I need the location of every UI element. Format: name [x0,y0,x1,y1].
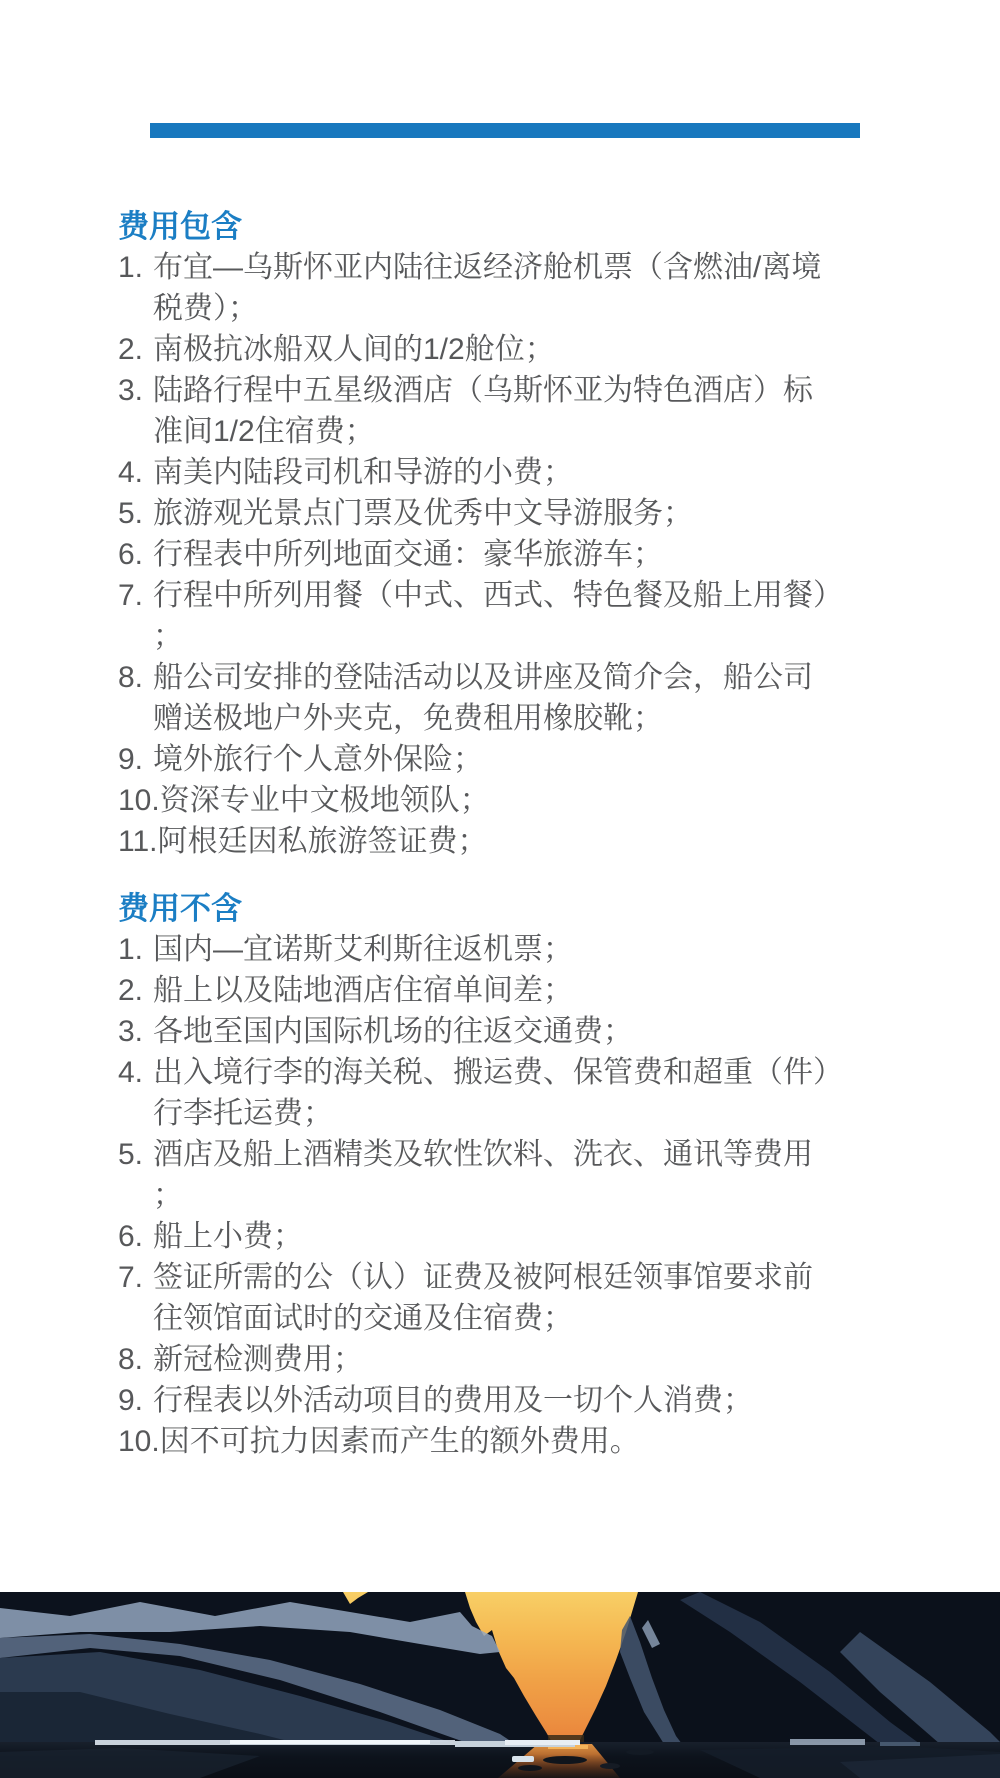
item-text: 国内—宜诺斯艾利斯往返机票； [153,929,838,970]
item-number: 6. [118,534,153,575]
item-text: 各地至国内国际机场的往返交通费； [153,1011,838,1052]
item-text: 旅游观光景点门票及优秀中文导游服务； [153,493,838,534]
item-text: 南美内陆段司机和导游的小费； [153,452,838,493]
included-list: 1.布宜—乌斯怀亚内陆往返经济舱机票（含燃油/离境税费）；2.南极抗冰船双人间的… [118,247,850,862]
list-item: 9.行程表以外活动项目的费用及一切个人消费； [118,1380,850,1421]
excluded-list: 1.国内—宜诺斯艾利斯往返机票；2.船上以及陆地酒店住宿单间差；3.各地至国内国… [118,929,850,1462]
brochure-page: 费用包含 1.布宜—乌斯怀亚内陆往返经济舱机票（含燃油/离境税费）；2.南极抗冰… [0,0,1000,1778]
list-item: 11.阿根廷因私旅游签证费； [118,821,850,862]
item-number: 3. [118,1011,153,1052]
item-number: 8. [118,657,153,698]
section-heading-included: 费用包含 [118,206,850,247]
list-item: 10.因不可抗力因素而产生的额外费用。 [118,1421,850,1462]
section-costs-included: 费用包含 1.布宜—乌斯怀亚内陆往返经济舱机票（含燃油/离境税费）；2.南极抗冰… [118,206,850,862]
item-number: 8. [118,1339,153,1380]
item-number: 1. [118,929,153,970]
item-text: 出入境行李的海关税、搬运费、保管费和超重（件）行李托运费； [153,1052,838,1134]
item-number: 1. [118,247,153,288]
list-item: 6.船上小费； [118,1216,850,1257]
item-number: 5. [118,1134,153,1175]
section-heading-excluded: 费用不含 [118,888,850,929]
item-text: 陆路行程中五星级酒店（乌斯怀亚为特色酒店）标准间1/2住宿费； [153,370,838,452]
list-item: 1.国内—宜诺斯艾利斯往返机票； [118,929,850,970]
item-text: 新冠检测费用； [153,1339,838,1380]
item-number: 7. [118,1257,153,1298]
top-accent-bar [150,123,860,138]
item-number: 10. [118,780,160,821]
item-text: 资深专业中文极地领队； [160,780,845,821]
list-item: 2.船上以及陆地酒店住宿单间差； [118,970,850,1011]
item-number: 7. [118,575,153,616]
item-number: 3. [118,370,153,411]
item-text: 船上小费； [153,1216,838,1257]
item-text: 船上以及陆地酒店住宿单间差； [153,970,838,1011]
item-text: 行程表以外活动项目的费用及一切个人消费； [153,1380,838,1421]
item-number: 10. [118,1421,160,1462]
item-number: 2. [118,329,153,370]
list-item: 4.南美内陆段司机和导游的小费； [118,452,850,493]
list-item: 5.旅游观光景点门票及优秀中文导游服务； [118,493,850,534]
item-text: 布宜—乌斯怀亚内陆往返经济舱机票（含燃油/离境税费）； [153,247,838,329]
list-item: 6.行程表中所列地面交通：豪华旅游车； [118,534,850,575]
item-text: 船公司安排的登陆活动以及讲座及简介会，船公司赠送极地户外夹克，免费租用橡胶靴； [153,657,838,739]
item-number: 6. [118,1216,153,1257]
list-item: 4.出入境行李的海关税、搬运费、保管费和超重（件）行李托运费； [118,1052,850,1134]
item-number: 9. [118,1380,153,1421]
item-number: 4. [118,452,153,493]
item-text: 签证所需的公（认）证费及被阿根廷领事馆要求前往领馆面试时的交通及住宿费； [153,1257,838,1339]
item-number: 2. [118,970,153,1011]
list-item: 2.南极抗冰船双人间的1/2舱位； [118,329,850,370]
antarctica-sunset-illustration [0,1592,1000,1778]
item-number: 5. [118,493,153,534]
list-item: 10.资深专业中文极地领队； [118,780,850,821]
list-item: 8.新冠检测费用； [118,1339,850,1380]
item-number: 4. [118,1052,153,1093]
list-item: 1.布宜—乌斯怀亚内陆往返经济舱机票（含燃油/离境税费）； [118,247,850,329]
item-text: 境外旅行个人意外保险； [153,739,838,780]
item-text: 行程中所列用餐（中式、西式、特色餐及船上用餐）； [153,575,838,657]
item-text: 南极抗冰船双人间的1/2舱位； [153,329,838,370]
item-number: 9. [118,739,153,780]
item-text: 行程表中所列地面交通：豪华旅游车； [153,534,838,575]
item-number: 11. [118,821,157,862]
section-costs-excluded: 费用不含 1.国内—宜诺斯艾利斯往返机票；2.船上以及陆地酒店住宿单间差；3.各… [118,888,850,1462]
list-item: 7.行程中所列用餐（中式、西式、特色餐及船上用餐）； [118,575,850,657]
content: 费用包含 1.布宜—乌斯怀亚内陆往返经济舱机票（含燃油/离境税费）；2.南极抗冰… [118,206,850,1462]
item-text: 阿根廷因私旅游签证费； [157,821,842,862]
list-item: 9.境外旅行个人意外保险； [118,739,850,780]
list-item: 3.各地至国内国际机场的往返交通费； [118,1011,850,1052]
antarctica-sunset-photo [0,1592,1000,1778]
list-item: 8.船公司安排的登陆活动以及讲座及简介会，船公司赠送极地户外夹克，免费租用橡胶靴… [118,657,850,739]
item-text: 因不可抗力因素而产生的额外费用。 [160,1421,845,1462]
list-item: 3.陆路行程中五星级酒店（乌斯怀亚为特色酒店）标准间1/2住宿费； [118,370,850,452]
item-text: 酒店及船上酒精类及软性饮料、洗衣、通讯等费用； [153,1134,838,1216]
list-item: 7.签证所需的公（认）证费及被阿根廷领事馆要求前往领馆面试时的交通及住宿费； [118,1257,850,1339]
list-item: 5.酒店及船上酒精类及软性饮料、洗衣、通讯等费用； [118,1134,850,1216]
